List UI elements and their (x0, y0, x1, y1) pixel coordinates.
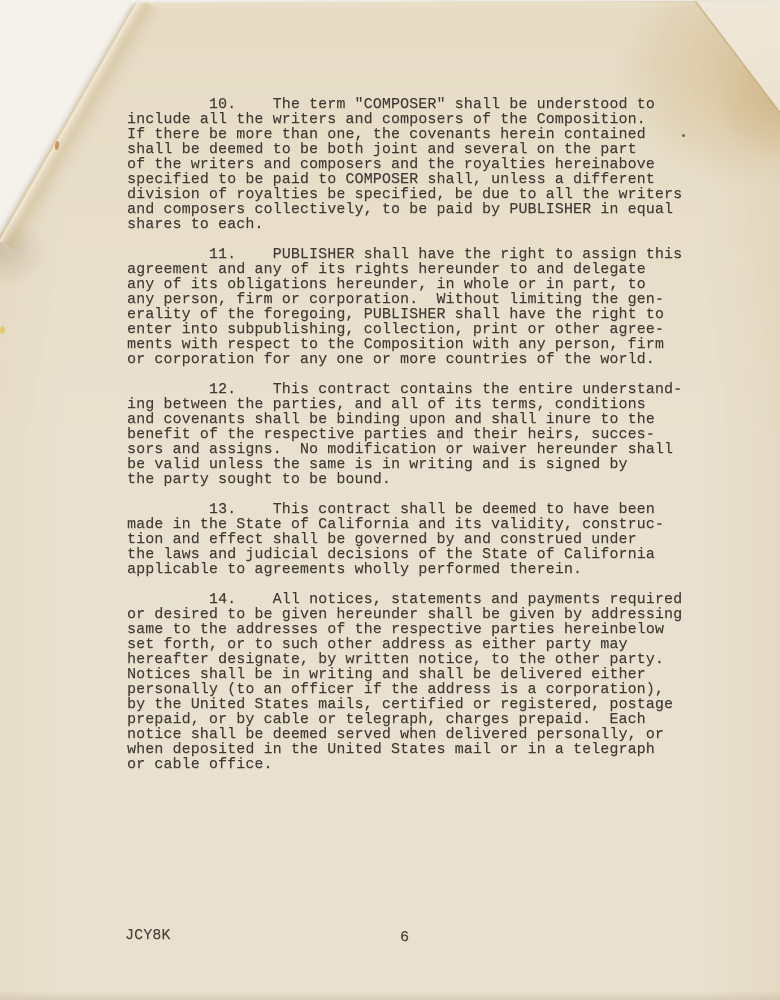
page-number: 6 (400, 930, 409, 945)
contract-paragraph-10: 10. The term "COMPOSER" shall be underst… (127, 97, 707, 232)
paper-page: 10. The term "COMPOSER" shall be underst… (0, 0, 780, 1000)
stray-ink-tick (449, 432, 450, 442)
contract-paragraph-12: 12. This contract contains the entire un… (127, 382, 707, 487)
page-shadow: 10. The term "COMPOSER" shall be underst… (0, 0, 780, 1000)
contract-paragraph-11: 11. PUBLISHER shall have the right to as… (127, 247, 707, 367)
scanned-document: 10. The term "COMPOSER" shall be underst… (0, 0, 780, 1000)
stray-ink-dot (682, 134, 685, 137)
contract-text-block: 10. The term "COMPOSER" shall be underst… (127, 97, 707, 772)
footer-typist-code: JCY8K (125, 928, 171, 943)
paper-stain-speck (0, 326, 5, 334)
contract-paragraph-14: 14. All notices, statements and payments… (127, 592, 707, 772)
contract-paragraph-13: 13. This contract shall be deemed to hav… (127, 502, 707, 577)
